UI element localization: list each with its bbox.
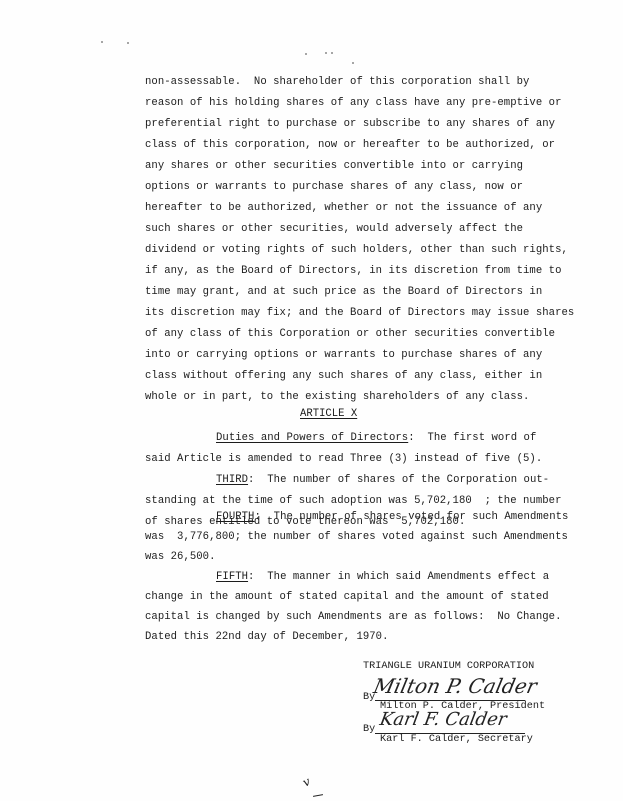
text-line: was 3,776,800; the number of shares vote… xyxy=(145,531,568,544)
text-line: time may grant, and at such price as the… xyxy=(145,286,542,299)
text-line: non-assessable. No shareholder of this c… xyxy=(145,76,529,89)
scan-speck xyxy=(127,42,129,44)
text-span: : The number of shares of the Corporatio… xyxy=(248,474,549,486)
text-line: into or carrying options or warrants to … xyxy=(145,349,542,362)
page-mark: v xyxy=(300,774,312,790)
corporation-name: TRIANGLE URANIUM CORPORATION xyxy=(363,661,534,673)
text-line: FOURTH: The number of shares voted for s… xyxy=(216,511,568,524)
text-line: class without offering any such shares o… xyxy=(145,370,542,383)
signature-president: Milton P. Calder xyxy=(371,674,539,698)
text-line: was 26,500. xyxy=(145,551,215,564)
text-line: whole or in part, to the existing shareh… xyxy=(145,391,529,404)
scan-speck xyxy=(325,52,327,54)
text-span: : The manner in which said Amendments ef… xyxy=(248,571,549,583)
signature-secretary: Karl F. Calder xyxy=(378,709,508,730)
article-heading: ARTICLE X xyxy=(300,408,357,421)
text-line: preferential right to purchase or subscr… xyxy=(145,118,555,131)
section-label: Duties and Powers of Directors xyxy=(216,432,408,444)
text-line: said Article is amended to read Three (3… xyxy=(145,453,542,466)
text-line: of any class of this Corporation or othe… xyxy=(145,328,555,341)
by-label: By xyxy=(363,724,375,736)
text-line: Duties and Powers of Directors: The firs… xyxy=(216,432,536,445)
text-span: : The number of shares voted for such Am… xyxy=(254,511,568,523)
text-line: FIFTH: The manner in which said Amendmen… xyxy=(216,571,549,584)
section-label: THIRD xyxy=(216,474,248,486)
text-line: change in the amount of stated capital a… xyxy=(145,591,549,604)
text-line: options or warrants to purchase shares o… xyxy=(145,181,523,194)
text-line: THIRD: The number of shares of the Corpo… xyxy=(216,474,549,487)
text-span: : The first word of xyxy=(408,432,536,444)
section-label: FIFTH xyxy=(216,571,248,583)
text-line: reason of his holding shares of any clas… xyxy=(145,97,561,110)
document-page: non-assessable. No shareholder of this c… xyxy=(0,0,623,801)
text-line: capital is changed by such Amendments ar… xyxy=(145,611,561,624)
scan-speck xyxy=(305,53,307,55)
text-line: any shares or other securities convertib… xyxy=(145,160,523,173)
text-line: such shares or other securities, would a… xyxy=(145,223,523,236)
scan-speck xyxy=(352,62,354,64)
text-line: class of this corporation, now or hereaf… xyxy=(145,139,555,152)
text-line: Dated this 22nd day of December, 1970. xyxy=(145,631,388,644)
text-line: its discretion may fix; and the Board of… xyxy=(145,307,574,320)
text-line: hereafter to be authorized, whether or n… xyxy=(145,202,542,215)
section-label: FOURTH xyxy=(216,511,254,523)
signer-secretary-printed: Karl F. Calder, Secretary xyxy=(380,734,533,746)
text-line: standing at the time of such adoption wa… xyxy=(145,495,561,508)
page-mark-dash xyxy=(313,794,323,797)
text-line: if any, as the Board of Directors, in it… xyxy=(145,265,561,278)
scan-speck xyxy=(331,52,333,54)
text-line: dividend or voting rights of such holder… xyxy=(145,244,568,257)
scan-speck xyxy=(101,41,103,43)
